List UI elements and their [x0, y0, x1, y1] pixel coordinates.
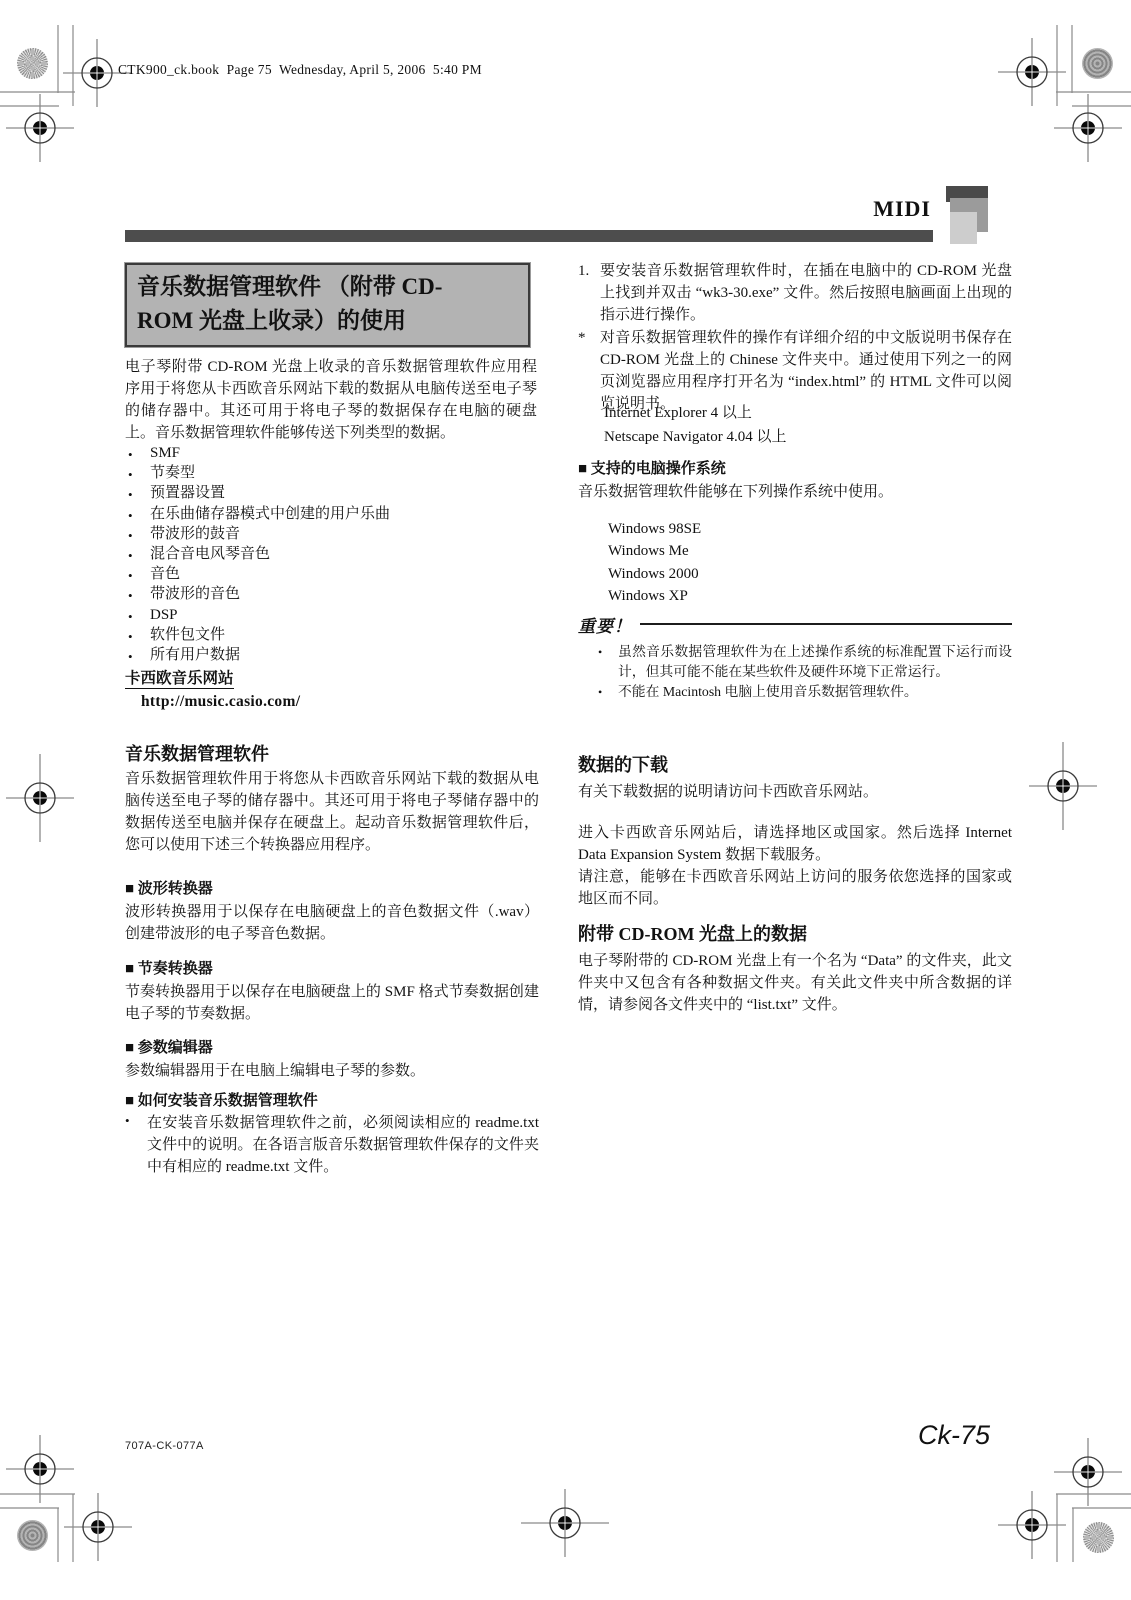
converter-body: 参数编辑器用于在电脑上编辑电子琴的参数。 [125, 1060, 539, 1082]
important-bullet: • 不能在 Macintosh 电脑上使用音乐数据管理软件。 [598, 682, 1012, 702]
software-section-body: 音乐数据管理软件用于将您从卡西欧音乐网站下载的数据从电脑传送至电子琴的储存器中。… [125, 768, 539, 856]
converter-heading: ■ 波形转换器 [125, 877, 213, 898]
registration-crosshair-icon [1054, 1438, 1122, 1506]
manual-page: CTK900_ck.book Page 75 Wednesday, April … [0, 0, 1131, 1600]
data-type-item: •SMF [128, 444, 532, 464]
bullet-icon: • [128, 585, 150, 605]
data-type-item: •带波形的音色 [128, 585, 532, 605]
data-type-item: •带波形的鼓音 [128, 525, 532, 545]
os-item: Windows 2000 [608, 563, 701, 585]
website-section: 卡西欧音乐网站 [125, 666, 234, 688]
data-type-item: •混合音电风琴音色 [128, 545, 532, 565]
converter-body: 波形转换器用于以保存在电脑硬盘上的音色数据文件（.wav）创建带波形的电子琴音色… [125, 901, 539, 945]
important-bullet: • 虽然音乐数据管理软件为在上述操作系统的标准配置下运行而设计，但其可能不能在某… [598, 642, 1012, 682]
download-para3: 请注意，能够在卡西欧音乐网站上访问的服务依您选择的国家或地区而不同。 [578, 866, 1012, 910]
important-heading: 重要！ [578, 612, 1012, 637]
bullet-icon: • [128, 565, 150, 585]
os-item: Windows 98SE [608, 518, 701, 540]
converter-heading: ■ 参数编辑器 [125, 1036, 213, 1057]
converter-body: 节奏转换器用于以保存在电脑硬盘上的 SMF 格式节奏数据创建电子琴的节奏数据。 [125, 981, 539, 1025]
important-rule [640, 623, 1012, 625]
bullet-icon: • [125, 1112, 147, 1129]
calibration-starburst-icon [1083, 1522, 1114, 1553]
registration-crosshair-icon [1054, 94, 1122, 162]
cdrom-body: 电子琴附带的 CD-ROM 光盘上有一个名为 “Data” 的文件夹，此文件夹中… [578, 950, 1012, 1016]
software-section-heading: 音乐数据管理软件 [125, 740, 269, 766]
important-label: 重要！ [578, 612, 632, 637]
converter-heading: ■ 节奏转换器 [125, 957, 213, 978]
data-type-item: •节奏型 [128, 464, 532, 484]
bullet-icon: • [128, 484, 150, 504]
install-step: 1. 要安装音乐数据管理软件时，在插在电脑中的 CD-ROM 光盘上找到并双击 … [578, 260, 1012, 326]
square-light [950, 212, 977, 244]
registration-crosshair-icon [6, 94, 74, 162]
chapter-rule [125, 230, 933, 242]
article-title-box: 音乐数据管理软件 （附带 CD- ROM 光盘上收录）的使用 [125, 263, 530, 347]
registration-crosshair-icon [521, 1489, 609, 1557]
bullet-icon: • [128, 646, 150, 666]
os-item: Windows XP [608, 585, 701, 607]
os-heading: ■ 支持的电脑操作系统 [578, 457, 726, 478]
download-heading: 数据的下载 [578, 751, 668, 777]
data-type-item: •在乐曲储存器模式中创建的用户乐曲 [128, 505, 532, 525]
bullet-icon: • [128, 505, 150, 525]
important-bullets: • 虽然音乐数据管理软件为在上述操作系统的标准配置下运行而设计，但其可能不能在某… [598, 642, 1012, 702]
chapter-title: MIDI [731, 196, 931, 222]
os-item: Windows Me [608, 540, 701, 562]
bullet-icon: • [598, 642, 618, 662]
registration-crosshair-icon [6, 754, 74, 842]
registration-crosshair-icon [998, 38, 1066, 106]
download-para1: 有关下载数据的说明请访问卡西欧音乐网站。 [578, 781, 1012, 803]
intro-paragraph: 电子琴附带 CD-ROM 光盘上收录的音乐数据管理软件应用程序用于将您从卡西欧音… [125, 356, 537, 444]
bullet-icon: • [128, 464, 150, 484]
calibration-pattern-icon [1082, 48, 1113, 79]
bullet-icon: • [128, 606, 150, 626]
article-title-line2: ROM 光盘上收录）的使用 [137, 304, 518, 338]
registration-crosshair-icon [1029, 742, 1097, 830]
registration-crosshair-icon [6, 1435, 74, 1503]
browser-item: Netscape Navigator 4.04 以上 [604, 425, 786, 449]
install-heading: ■ 如何安装音乐数据管理软件 [125, 1089, 318, 1110]
browser-list: Internet Explorer 4 以上 Netscape Navigato… [604, 401, 786, 449]
bullet-icon: • [128, 525, 150, 545]
install-bullet: • 在安装音乐数据管理软件之前，必须阅读相应的 readme.txt 文件中的说… [125, 1112, 539, 1178]
website-url: http://music.casio.com/ [141, 693, 300, 711]
cdrom-heading: 附带 CD-ROM 光盘上的数据 [578, 920, 807, 946]
data-type-item: •预置器设置 [128, 484, 532, 504]
page-number: Ck-75 [850, 1420, 990, 1451]
browser-item: Internet Explorer 4 以上 [604, 401, 786, 425]
registration-crosshair-icon [998, 1491, 1066, 1559]
calibration-pattern-icon [17, 1520, 48, 1551]
step-number: 1. [578, 260, 600, 282]
document-code: 707A-CK-077A [125, 1440, 204, 1452]
data-type-item: •所有用户数据 [128, 646, 532, 666]
bullet-icon: • [128, 626, 150, 646]
download-para2: 进入卡西欧音乐网站后，请选择地区或国家。然后选择 Internet Data E… [578, 822, 1012, 866]
data-type-item: •软件包文件 [128, 626, 532, 646]
bullet-icon: • [128, 444, 150, 464]
registration-crosshair-icon [64, 1493, 132, 1561]
article-title-line1: 音乐数据管理软件 （附带 CD- [137, 270, 518, 304]
chapter-corner-squares-icon [946, 186, 988, 244]
website-label: 卡西欧音乐网站 [125, 670, 234, 689]
document-banner: CTK900_ck.book Page 75 Wednesday, April … [118, 62, 482, 78]
os-body: 音乐数据管理软件能够在下列操作系统中使用。 [578, 481, 1012, 503]
bullet-icon: • [598, 682, 618, 702]
data-type-item: •音色 [128, 565, 532, 585]
star-marker: * [578, 327, 600, 349]
os-list: Windows 98SE Windows Me Windows 2000 Win… [608, 518, 701, 607]
calibration-starburst-icon [17, 48, 48, 79]
bullet-icon: • [128, 545, 150, 565]
data-type-item: •DSP [128, 606, 532, 626]
data-type-list: •SMF •节奏型 •预置器设置 •在乐曲储存器模式中创建的用户乐曲 •带波形的… [128, 444, 532, 666]
